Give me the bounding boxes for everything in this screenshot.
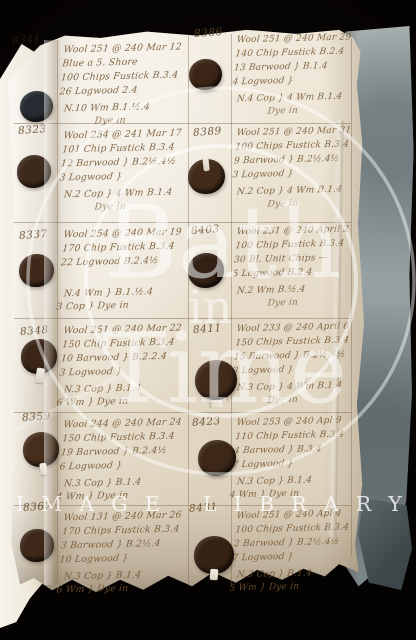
recipe-line: 4 Logwood }: [232, 73, 348, 90]
sample-paper-tag: [35, 368, 45, 384]
entry-recipe-text: Wool 251 @ 240 Apl 4100 Chips Fustick B.…: [229, 507, 351, 596]
entry-number: 8348: [20, 324, 50, 338]
entry-number: 8403: [191, 223, 221, 237]
dye-sample-circle: [17, 155, 51, 188]
recipe-line: 6 Logwood }: [59, 457, 179, 474]
entry-recipe-text: Wool 231 @ 240 April 2100 Chip Fustick B…: [229, 224, 350, 313]
entry-recipe-text: Wool 253 @ 240 Apl 9110 Chip Fustick B.3…: [229, 415, 346, 504]
sample-paper-tag: [39, 463, 48, 476]
entry-number: 8323: [18, 123, 48, 137]
entry-recipe-text: Wool 254 @ 240 Mar 19170 Chip Fustick B.…: [56, 225, 183, 314]
entry-number: 8423: [192, 415, 222, 429]
dye-sample-circle: [19, 254, 54, 288]
dye-sample-circle: [23, 432, 59, 467]
entry-number: 8359: [22, 410, 52, 424]
recipe-line: Wool 251 @ 240 Mar 12: [63, 40, 183, 57]
recipe-line: 4 Wm } Dye in: [56, 488, 176, 505]
row-rule-line: [14, 412, 351, 413]
recipe-line: 7 Logwood }: [232, 456, 342, 473]
entry-number: 8389: [193, 125, 223, 139]
recipe-line: 19 Barwood } B.2.4½: [60, 443, 180, 460]
recipe-line: 3 Logwood }: [59, 363, 179, 380]
recipe-line: Dye in: [229, 296, 343, 313]
ledger-content-layer: 8341Wool 251 @ 240 Mar 12Blue a 5. Shore…: [0, 0, 416, 640]
recipe-line: 5 Wm } Dye in: [229, 580, 344, 597]
dye-sample-circle: [189, 59, 222, 91]
entry-recipe-text: Wool 233 @ 240 April 6150 Chips Fustick …: [229, 320, 351, 409]
sample-paper-tag: [210, 569, 219, 581]
recipe-line: Dye in: [229, 104, 345, 121]
recipe-line: 170 Chips Fustick B.3.4: [62, 522, 182, 539]
entry-recipe-text: Wool 251 @ 240 Mar 12Blue a 5. Shore100 …: [56, 40, 183, 129]
recipe-line: 7 Logwood }: [232, 549, 347, 566]
row-rule-line: [14, 222, 351, 223]
recipe-line: 3 Logwood }: [232, 362, 347, 379]
column-rule-line: [351, 38, 352, 556]
entry-number: 8341: [12, 33, 42, 47]
recipe-line: 170 Chip Fustick B.3.4: [62, 239, 182, 256]
recipe-line: 3 Cop } Dye in: [56, 298, 176, 315]
dye-sample-circle: [20, 529, 54, 562]
recipe-line: 10 Barwood } B.2.2.4: [60, 349, 180, 366]
entry-number: 8367: [23, 500, 53, 514]
entry-number: 8411: [193, 322, 223, 336]
entry-recipe-text: Wool 251 @ 240 Mar 22150 Chip Fustick B.…: [56, 321, 183, 410]
recipe-line: 26 Logwood 2.4: [59, 82, 179, 99]
entry-number: 8386: [194, 26, 224, 40]
recipe-line: 4 Wm } Dye in: [229, 487, 339, 504]
row-rule-line: [14, 505, 351, 506]
recipe-line: 6 Wm } Dye in: [56, 394, 176, 411]
recipe-line: 10 Logwood }: [59, 550, 179, 567]
entry-number: 8337: [19, 228, 49, 242]
recipe-line: 100 Chips Fustick B.3.4: [60, 68, 180, 85]
entry-recipe-text: Wool 131 @ 240 Mar 26170 Chips Fustick B…: [56, 508, 183, 597]
recipe-line: 5 Logwood B.2.4: [232, 265, 346, 282]
recipe-line: 3 Logwood }: [59, 168, 179, 185]
row-rule-line: [14, 318, 351, 319]
recipe-line: 6 Wm } Dye in: [56, 581, 176, 598]
entry-recipe-text: Wool 251 @ 240 Mar 31100 Chips Fustick B…: [229, 124, 352, 213]
photo-stage: 8341Wool 251 @ 240 Mar 12Blue a 5. Shore…: [0, 0, 416, 640]
dye-sample-circle: [20, 91, 53, 123]
entry-recipe-text: Wool 251 @ 240 Mar 29140 Chip Fustick B.…: [229, 31, 352, 120]
recipe-line: Dye in: [56, 199, 176, 216]
sample-paper-tag: [210, 400, 223, 408]
sample-paper-tag: [202, 156, 210, 172]
recipe-line: Dye in: [229, 197, 345, 214]
entry-number: 8431: [189, 501, 219, 515]
recipe-line: 12 Barwood } B.2½.4½: [60, 154, 180, 171]
recipe-line: [59, 267, 179, 284]
entry-recipe-text: Wool 244 @ 240 Mar 24150 Chip Fustick B.…: [56, 415, 183, 504]
recipe-line: Dye in: [229, 393, 344, 410]
entry-recipe-text: Wool 254 @ 241 Mar 17101 Chip Fustick B.…: [56, 126, 183, 215]
dye-sample-circle: [188, 253, 224, 288]
recipe-line: 3 Logwood }: [232, 166, 348, 183]
